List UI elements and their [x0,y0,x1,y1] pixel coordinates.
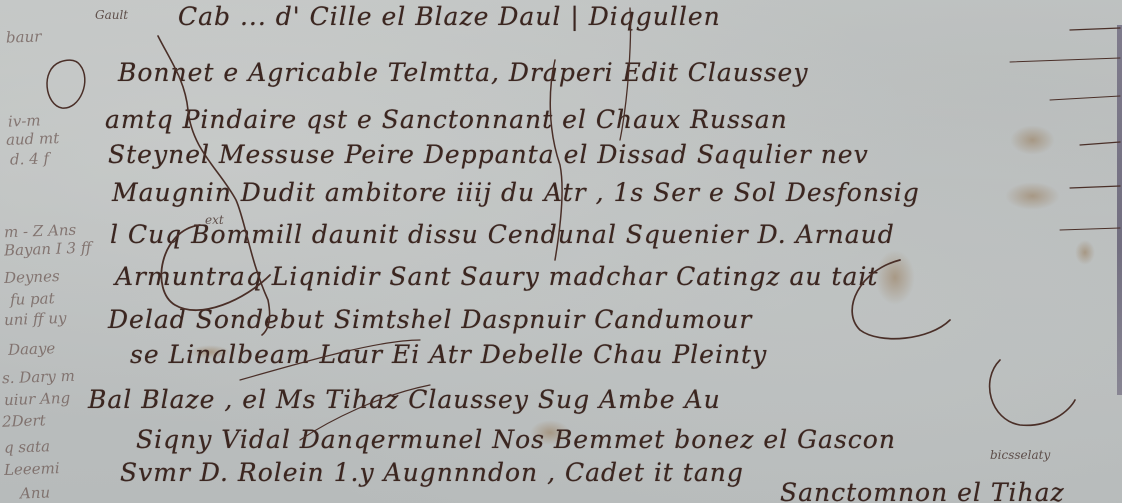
margin-note: Bayan I 3 ff [4,238,92,259]
manuscript-line: l Cuq Bommill daunit dissu Cendunal Sque… [110,220,895,249]
ink-stain [1010,125,1055,155]
margin-note: Leeemi [4,459,60,479]
manuscript-line: se Linalbeam Laur Ei Atr Debelle Chau Pl… [130,340,767,369]
manuscript-line: Sanctomnon el Tihaz [780,478,1065,503]
manuscript-line: amtq Pindaire qst e Sanctonnant el Chaux… [105,105,788,134]
margin-note: Daaye [8,339,56,359]
margin-note: baur [6,27,42,46]
manuscript-line: Bonnet e Agricable Telmtta, Draperi Edit… [118,58,808,87]
margin-note: Deynes [4,267,60,287]
interlinear-note: ext [205,213,224,227]
margin-note: uiur Ang [4,389,71,409]
manuscript-page: bauriv-maud mtd. 4 fm - Z AnsBayan I 3 f… [0,0,1122,503]
margin-note: Anu [20,483,51,502]
margin-note: uni ff uy [4,309,67,329]
page-edge [1117,25,1122,395]
margin-note: s. Dary m [2,367,75,388]
manuscript-line: Delad Sondebut Simtshel Daspnuir Candumo… [108,305,752,334]
manuscript-line: Maugnin Dudit ambitore iiij du Atr , 1s … [112,178,920,207]
manuscript-line: Bal Blaze , el Ms Tihaz Claussey Sug Amb… [88,385,721,414]
manuscript-line: Svmr D. Rolein 1.y Augnnndon , Cadet it … [120,458,744,487]
margin-note: 2Dert [2,411,46,431]
margin-note: m - Z Ans [4,221,77,242]
margin-note: d. 4 f [10,149,50,168]
ink-stain [875,250,915,305]
manuscript-line: Armuntraq Liqnidir Sant Saury madchar Ca… [115,262,878,291]
margin-note: fu pat [10,289,55,309]
margin-note: iv-m [8,111,41,130]
manuscript-line: Steynel Messuse Peire Deppanta el Dissad… [108,140,869,169]
margin-note: aud mt [6,129,60,149]
ink-stain [1005,182,1060,210]
manuscript-line: Cab ... d' Cille el Blaze Daul | Diqgull… [178,2,721,31]
margin-note: q sata [4,437,51,457]
manuscript-line: Siqny Vidal Danqermunel Nos Bemmet bonez… [136,425,896,454]
interlinear-note: bicsselaty [990,448,1050,462]
ink-stain [1075,240,1095,265]
interlinear-note: Gault [95,8,128,22]
